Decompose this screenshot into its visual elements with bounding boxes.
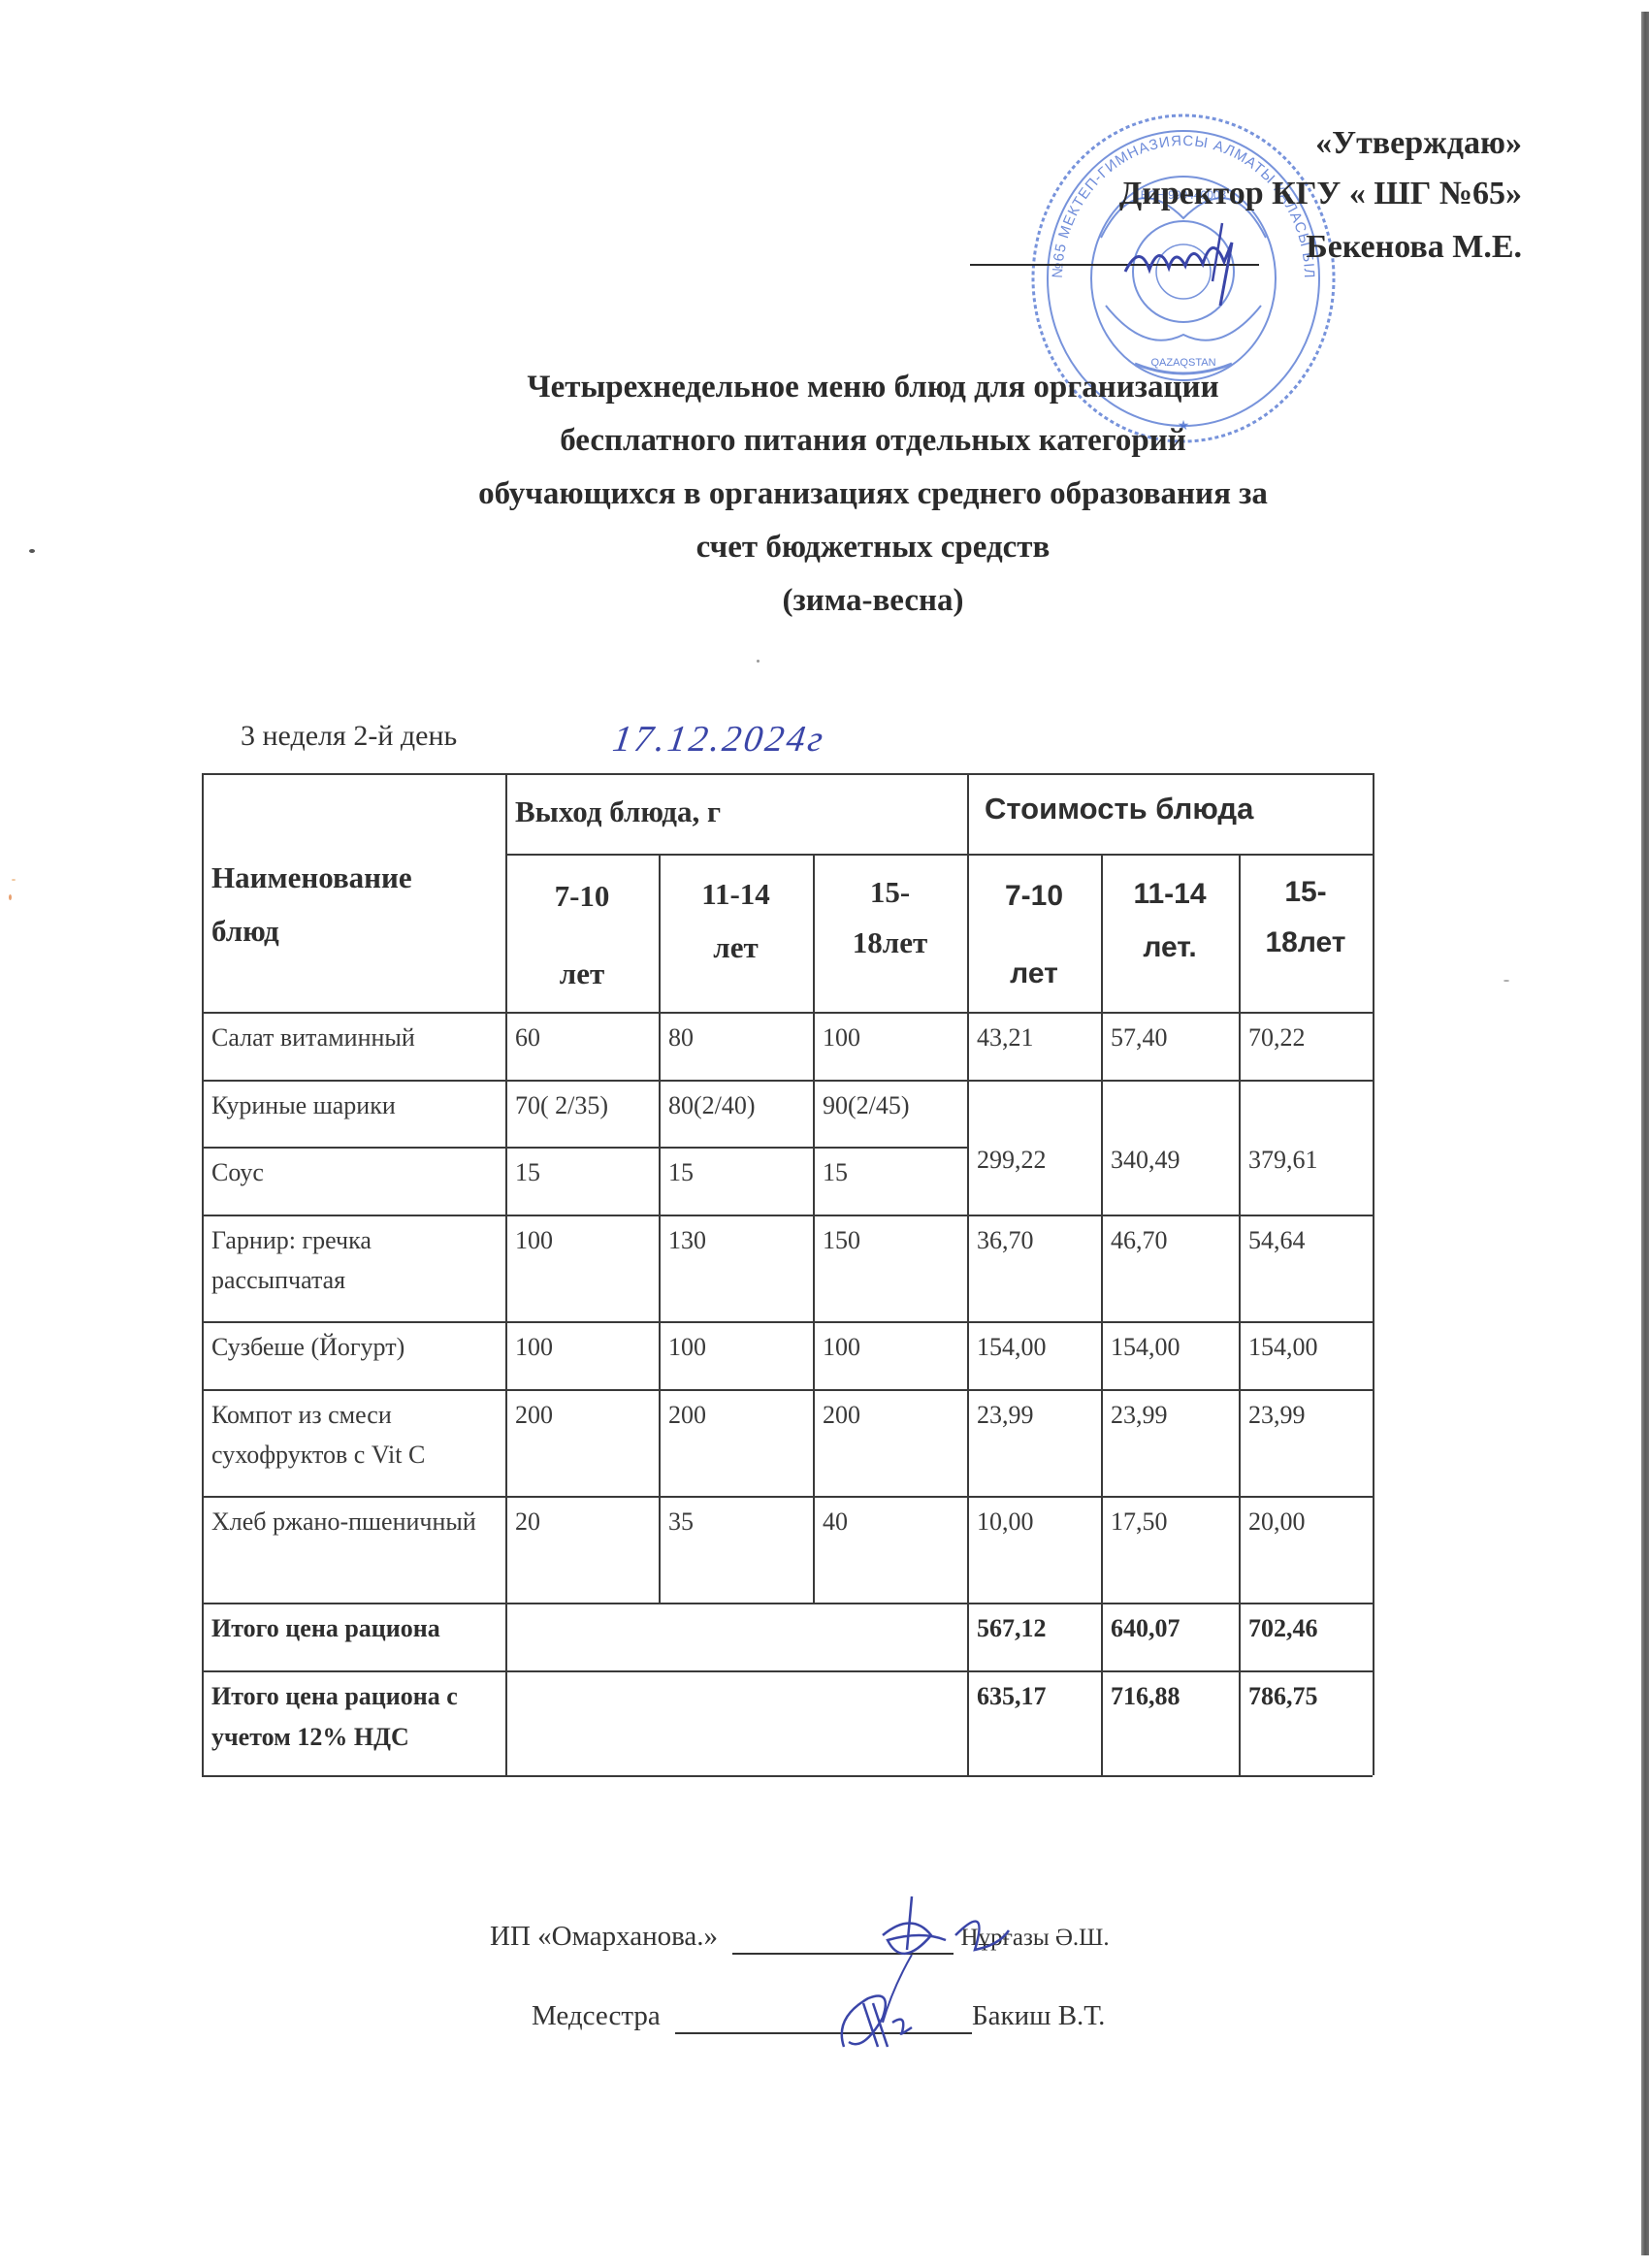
table-rule (1373, 773, 1374, 1775)
table-cell-dish-name: Соус (202, 1147, 505, 1215)
table-cell-yield: 130 (659, 1215, 813, 1321)
table-cell-yield: 100 (505, 1321, 659, 1389)
table-cell-yield: 200 (505, 1389, 659, 1496)
column-header-yield-age: 15- 18лет (813, 854, 967, 1012)
table-cell-cost: 17,50 (1101, 1496, 1239, 1603)
scan-speck (757, 660, 760, 663)
director-signature-icon (1115, 204, 1271, 310)
table-cell-cost: 54,64 (1239, 1215, 1373, 1321)
table-cell-yield: 20 (505, 1496, 659, 1603)
table-cell-cost: 154,00 (967, 1321, 1101, 1389)
column-header-cost-age: 11-14 лет. (1101, 854, 1239, 1012)
table-cell-cost: 23,99 (967, 1389, 1101, 1496)
table-cell-dish-name: Салат витаминный (202, 1012, 505, 1080)
table-cell-yield: 35 (659, 1496, 813, 1603)
table-cell-cost: 299,22 (967, 1080, 1101, 1215)
table-cell-yield: 15 (505, 1147, 659, 1215)
table-cell-yield: 200 (813, 1389, 967, 1496)
scan-speck (9, 894, 12, 900)
week-day-label: 3 неделя 2-й день (241, 720, 457, 753)
table-cell-yield: 60 (505, 1012, 659, 1080)
table-total-cost: 640,07 (1101, 1603, 1239, 1670)
table-total-empty (505, 1670, 967, 1775)
table-cell-yield: 40 (813, 1496, 967, 1603)
table-cell-cost: 23,99 (1101, 1389, 1239, 1496)
table-cell-yield: 80(2/40) (659, 1080, 813, 1147)
title-line: (зима-весна) (291, 574, 1455, 628)
table-cell-yield: 70( 2/35) (505, 1080, 659, 1147)
table-cell-cost: 340,49 (1101, 1080, 1239, 1215)
table-total-cost: 786,75 (1239, 1670, 1373, 1775)
table-cell-cost: 43,21 (967, 1012, 1101, 1080)
scan-speck (12, 879, 16, 881)
title-line: счет бюджетных средств (291, 521, 1455, 574)
table-cell-yield: 150 (813, 1215, 967, 1321)
table-total-cost: 567,12 (967, 1603, 1101, 1670)
scan-edge-strip (1641, 12, 1649, 2255)
table-cell-dish-name: Хлеб ржано-пшеничный (202, 1496, 505, 1603)
column-group-yield: Выход блюда, г (505, 773, 967, 854)
table-cell-yield: 15 (659, 1147, 813, 1215)
table-cell-dish-name: Компот из смеси сухофруктов с Vit C (202, 1389, 505, 1496)
table-cell-cost: 46,70 (1101, 1215, 1239, 1321)
table-cell-yield: 100 (813, 1321, 967, 1389)
table-cell-yield: 100 (505, 1215, 659, 1321)
table-cell-dish-name: Гарнир: гречка рассыпчатая (202, 1215, 505, 1321)
table-cell-cost: 154,00 (1239, 1321, 1373, 1389)
approval-heading: «Утверждаю» (1315, 124, 1522, 163)
scan-speck (29, 549, 35, 553)
table-total-cost: 716,88 (1101, 1670, 1239, 1775)
title-line: Четырехнедельное меню блюд для организац… (291, 361, 1455, 414)
document-title: Четырехнедельное меню блюд для организац… (291, 361, 1455, 628)
table-cell-cost: 23,99 (1239, 1389, 1373, 1496)
table-cell-cost: 70,22 (1239, 1012, 1373, 1080)
table-cell-cost: 57,40 (1101, 1012, 1239, 1080)
column-header-cost-age: 15- 18лет (1239, 854, 1373, 1012)
nurse-signature-icon (824, 1979, 960, 2057)
table-cell-cost: 10,00 (967, 1496, 1101, 1603)
table-cell-cost: 20,00 (1239, 1496, 1373, 1603)
approval-director-name: Бекенова М.Е. (1306, 228, 1522, 267)
table-cell-yield: 15 (813, 1147, 967, 1215)
table-total-label: Итого цена рациона с учетом 12% НДС (202, 1670, 505, 1775)
table-total-cost: 702,46 (1239, 1603, 1373, 1670)
table-cell-dish-name: Куриные шарики (202, 1080, 505, 1147)
column-group-cost: Стоимость блюда (967, 773, 1373, 854)
title-line: обучающихся в организациях среднего обра… (291, 468, 1455, 521)
table-cell-yield: 200 (659, 1389, 813, 1496)
table-cell-cost: 36,70 (967, 1215, 1101, 1321)
table-total-empty (505, 1603, 967, 1670)
scan-speck (1503, 980, 1509, 982)
signature-role: ИП «Омарханова.» (490, 1921, 718, 1952)
signature-role: Медсестра (532, 2000, 661, 2031)
column-header-cost-age: 7-10 лет (967, 854, 1101, 1012)
table-cell-yield: 100 (659, 1321, 813, 1389)
table-cell-yield: 100 (813, 1012, 967, 1080)
column-header-yield-age: 7-10 лет (505, 854, 659, 1012)
table-cell-cost: 379,61 (1239, 1080, 1373, 1215)
table-total-label: Итого цена рациона (202, 1603, 505, 1670)
table-total-cost: 635,17 (967, 1670, 1101, 1775)
handwritten-date: 17.12.2024г (610, 718, 828, 761)
table-cell-yield: 80 (659, 1012, 813, 1080)
table-rule (202, 1775, 1373, 1777)
column-header-yield-age: 11-14 лет (659, 854, 813, 1012)
table-cell-dish-name: Сузбеше (Йогурт) (202, 1321, 505, 1389)
column-header-dish-name: Наименование блюд (202, 773, 505, 1012)
title-line: бесплатного питания отдельных категорий (291, 414, 1455, 468)
table-cell-yield: 90(2/45) (813, 1080, 967, 1147)
table-cell-cost: 154,00 (1101, 1321, 1239, 1389)
